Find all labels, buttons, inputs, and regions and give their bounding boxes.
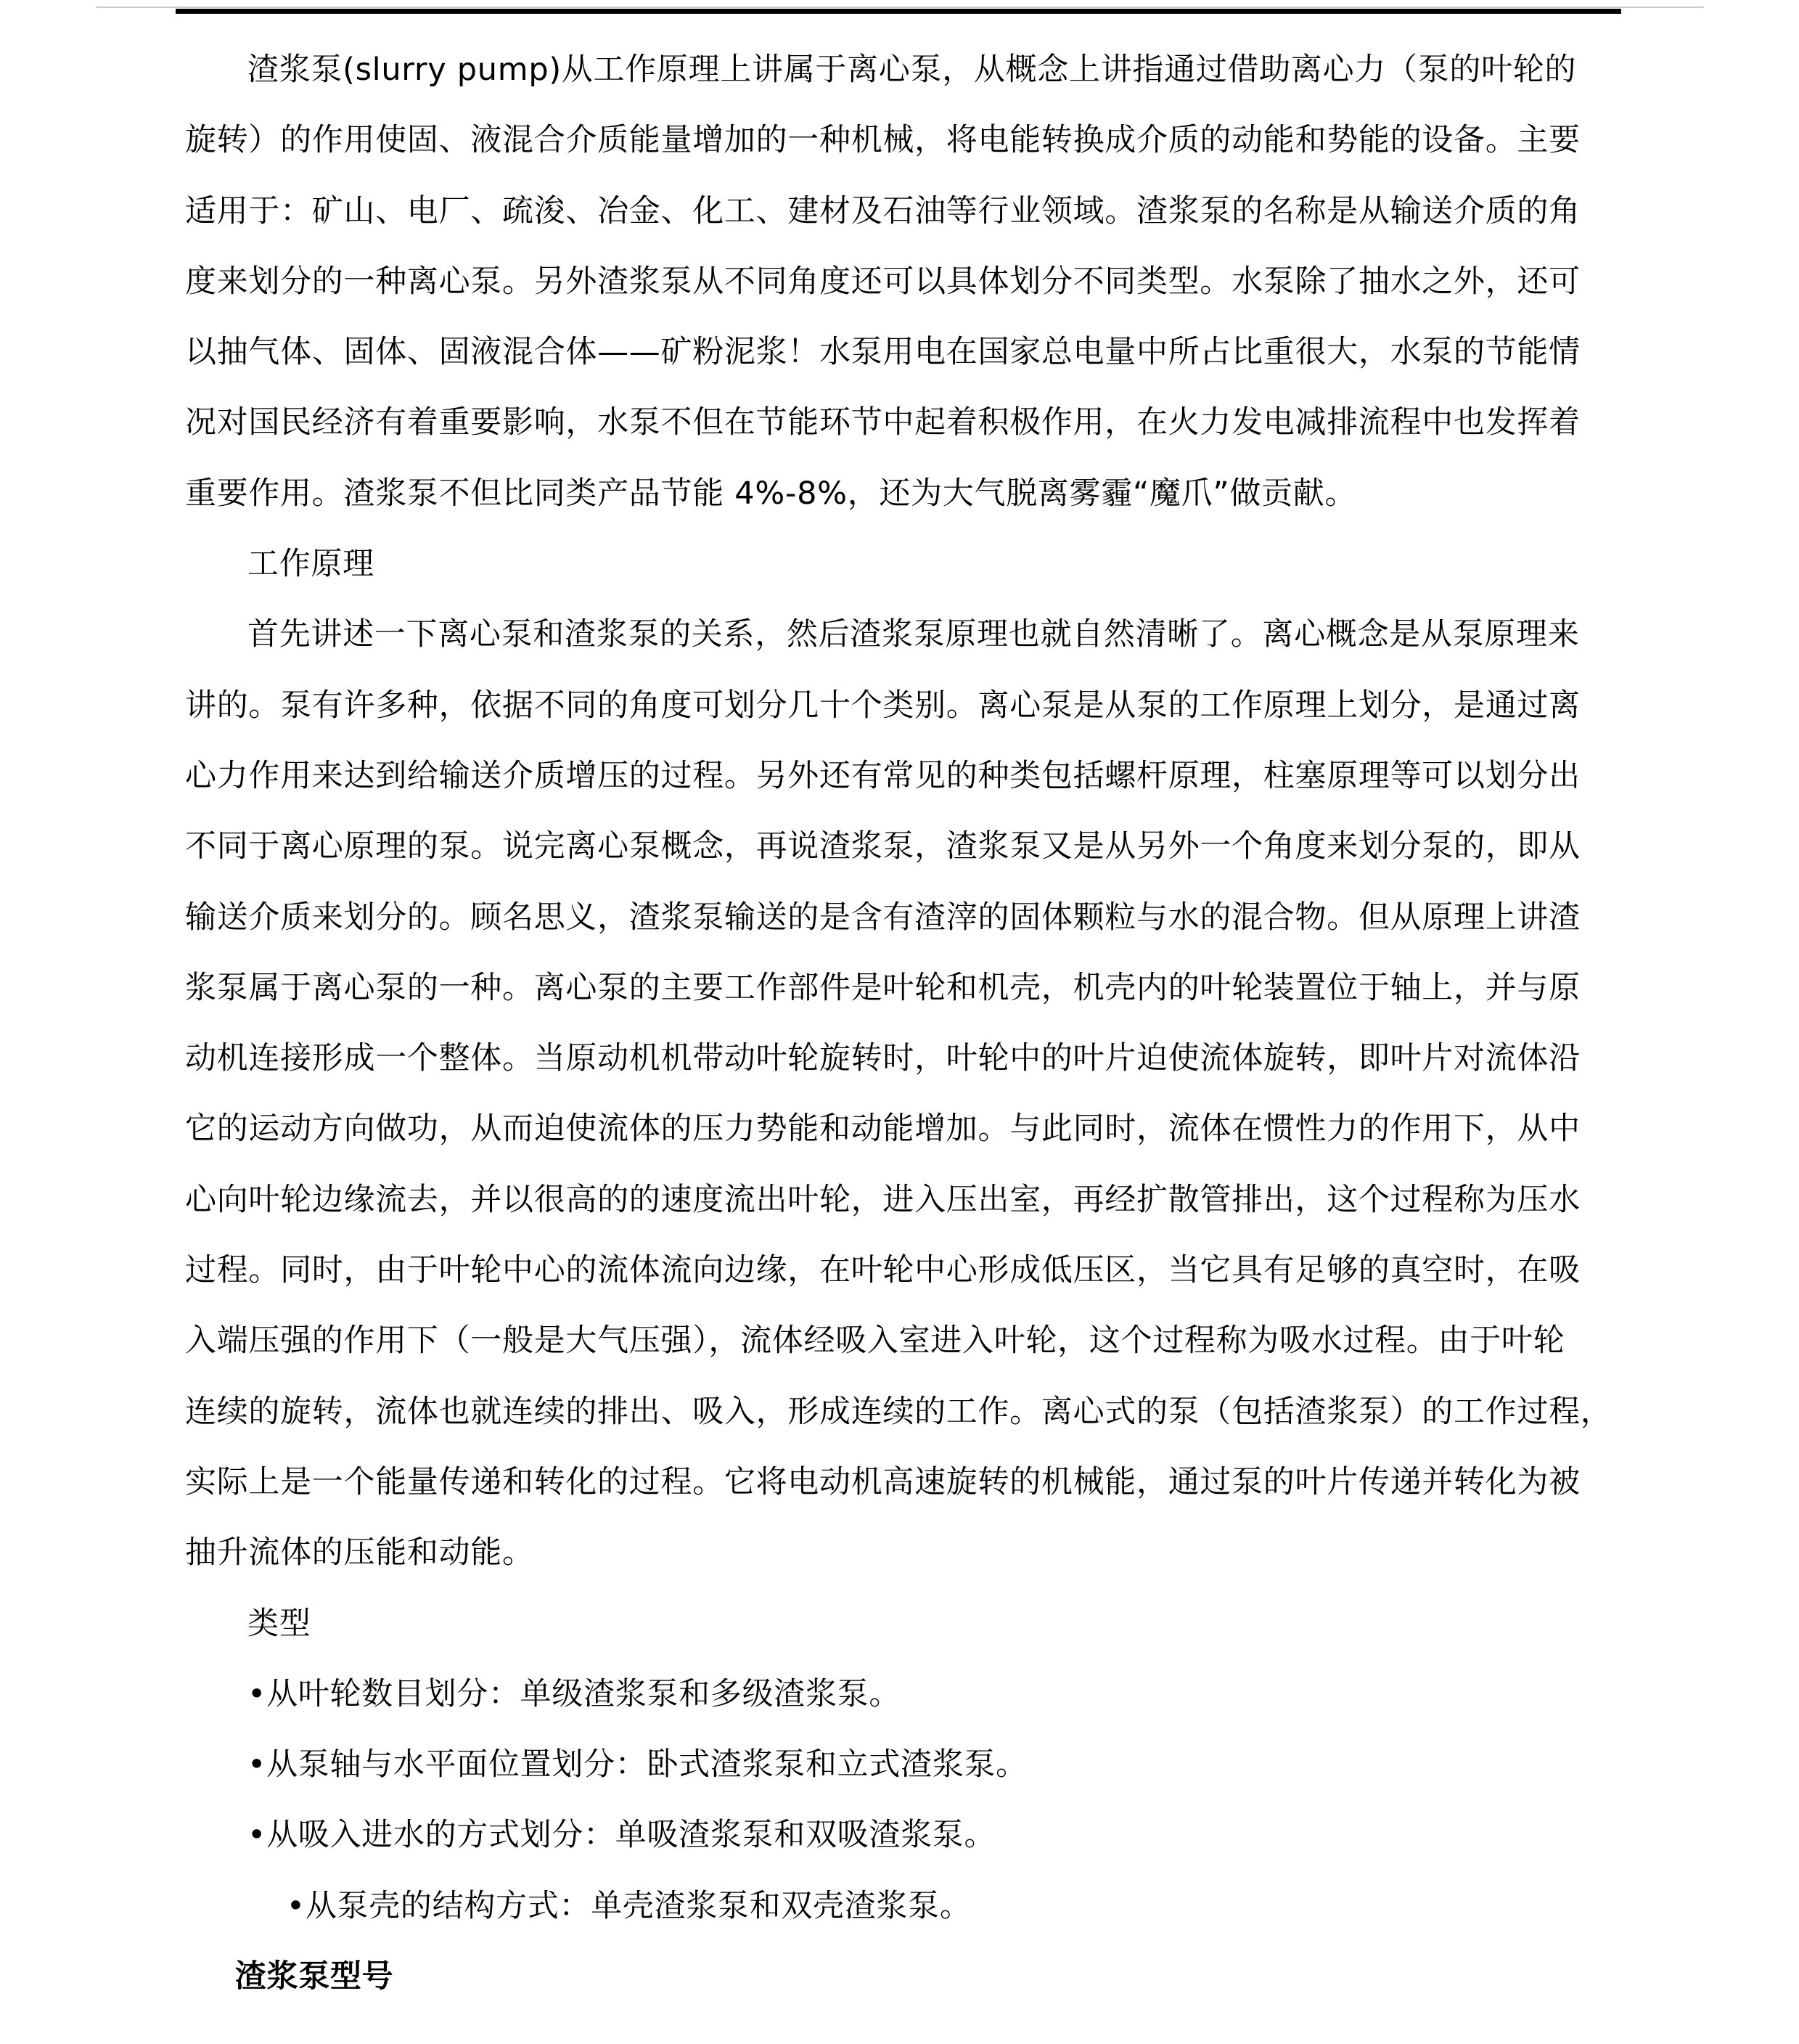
paragraph-line: 况对国民经济有着重要影响，水泵不但在节能环节中起着积极作用，在火力发电减排流程中… [185,388,1635,458]
paragraph-line: 实际上是一个能量传递和转化的过程。它将电动机高速旋转的机械能，通过泵的叶片传递并… [185,1447,1635,1518]
paragraph-line: 入端压强的作用下（一般是大气压强），流体经吸入室进入叶轮，这个过程称为吸水过程。… [185,1306,1635,1376]
paragraph-first-line: 渣浆泵(slurry pump)从工作原理上讲属于离心泵，从概念上讲指通过借助离… [185,35,1635,105]
paragraph-line: 心力作用来达到给输送介质增压的过程。另外还有常见的种类包括螺杆原理，柱塞原理等可… [185,741,1635,812]
paragraph-line: 它的运动方向做功，从而迫使流体的压力势能和动能增加。与此同时，流体在惯性力的作用… [185,1094,1635,1164]
bullet-item: •从叶轮数目划分：单级渣浆泵和多级渣浆泵。 [185,1659,1635,1730]
paragraph-line: 输送介质来划分的。顾名思义，渣浆泵输送的是含有渣滓的固体颗粒与水的混合物。但从原… [185,883,1635,953]
paragraph-line: 讲的。泵有许多种，依据不同的角度可划分几十个类别。离心泵是从泵的工作原理上划分，… [185,671,1635,741]
paragraph-line: 以抽气体、固体、固液混合体——矿粉泥浆！水泵用电在国家总电量中所占比重很大，水泵… [185,317,1635,388]
paragraph-line: 心向叶轮边缘流去，并以很高的的速度流出叶轮，进入压出室，再经扩散管排出，这个过程… [185,1165,1635,1235]
paragraph-line: 动机连接形成一个整体。当原动机机带动叶轮旋转时，叶轮中的叶片迫使流体旋转，即叶片… [185,1023,1635,1094]
bullet-item: •从泵壳的结构方式：单壳渣浆泵和双壳渣浆泵。 [185,1871,1635,1942]
paragraph-line: 抽升流体的压能和动能。 [185,1518,1635,1588]
bullet-item: •从泵轴与水平面位置划分：卧式渣浆泵和立式渣浆泵。 [185,1730,1635,1800]
bullet-item: •从吸入进水的方式划分：单吸渣浆泵和双吸渣浆泵。 [185,1800,1635,1871]
paragraph-line: 度来划分的一种离心泵。另外渣浆泵从不同角度还可以具体划分不同类型。水泵除了抽水之… [185,247,1635,317]
paragraph-line: 旋转）的作用使固、液混合介质能量增加的一种机械，将电能转换成介质的动能和势能的设… [185,105,1635,176]
paragraph-line: 不同于离心原理的泵。说完离心泵概念，再说渣浆泵，渣浆泵又是从另外一个角度来划分泵… [185,812,1635,882]
paragraph-line: 浆泵属于离心泵的一种。离心泵的主要工作部件是叶轮和机壳，机壳内的叶轮装置位于轴上… [185,953,1635,1023]
page-top-border-light [96,7,1704,8]
page-top-border [176,9,1621,14]
paragraph-line: 连续的旋转，流体也就连续的排出、吸入，形成连续的工作。离心式的泵（包括渣浆泵）的… [185,1377,1635,1447]
document-page: 渣浆泵(slurry pump)从工作原理上讲属于离心泵，从概念上讲指通过借助离… [0,0,1799,2044]
paragraph-first-line: 首先讲述一下离心泵和渣浆泵的关系，然后渣浆泵原理也就自然清晰了。离心概念是从泵原… [185,600,1635,670]
paragraph-line: 适用于：矿山、电厂、疏浚、冶金、化工、建材及石油等行业领域。渣浆泵的名称是从输送… [185,176,1635,247]
section-heading: 工作原理 [185,529,1635,600]
section-heading: 类型 [185,1589,1635,1659]
section-heading: 渣浆泵型号 [185,1942,1635,2012]
paragraph-line: 重要作用。渣浆泵不但比同类产品节能 4%-8%，还为大气脱离雾霾“魔爪”做贡献。 [185,459,1635,529]
paragraph-line: 过程。同时，由于叶轮中心的流体流向边缘，在叶轮中心形成低压区，当它具有足够的真空… [185,1235,1635,1306]
document-body: 渣浆泵(slurry pump)从工作原理上讲属于离心泵，从概念上讲指通过借助离… [185,35,1635,2012]
